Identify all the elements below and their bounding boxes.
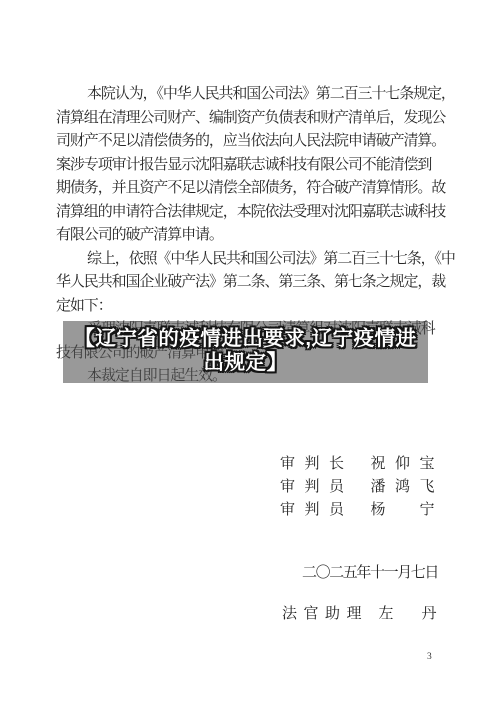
spam-banner-title-line1: 【辽宁省的疫情进出要求,辽宁疫情进: [55, 327, 436, 351]
judge-name: 潘鸿飞: [371, 475, 445, 496]
document-line: 清算组的申请符合法律规定，本院依法受理对沈阳嘉联志诚科技: [56, 201, 448, 225]
judge-role: 审判员: [280, 498, 354, 519]
document-line: 综上，依照《中华人民共和国公司法》第二百三十七条，《中: [56, 248, 448, 272]
document-line: 定如下：: [56, 295, 448, 319]
document-line: 华人民共和国企业破产法》第二条、第三条、第七条之规定，裁: [56, 271, 448, 295]
clerk-spacer: [368, 602, 379, 623]
document-line: 司财产不足以清偿债务的，应当依法向人民法院申请破产清算。: [56, 130, 448, 154]
document-line: 案涉专项审计报告显示沈阳嘉联志诚科技有限公司不能清偿到: [56, 154, 448, 178]
document-page: 本院认为，《中华人民共和国公司法》第二百三十七条规定，清算组在清理公司财产、编制…: [0, 0, 500, 706]
signature-row: 审判员 杨 宁: [280, 497, 444, 520]
judge-role: 审判长: [280, 452, 354, 473]
document-line: 本院认为，《中华人民共和国公司法》第二百三十七条规定，: [56, 83, 448, 107]
signature-block: 审判长 祝仰宝 审判员 潘鸿飞 审判员 杨 宁: [280, 451, 444, 520]
judge-name: 祝仰宝: [371, 452, 445, 473]
document-line: 清算组在清理公司财产、编制资产负债表和财产清单后，发现公: [56, 107, 448, 131]
clerk-name: 左 丹: [379, 602, 444, 623]
clerk-line: 法官助理 左 丹: [282, 602, 443, 623]
judge-role: 审判员: [280, 475, 354, 496]
page-number: 3: [427, 652, 432, 662]
ruling-date: 二〇二五年十一月七日: [302, 561, 438, 582]
signature-row: 审判员 潘鸿飞: [280, 474, 444, 497]
judge-name: 杨 宁: [371, 498, 445, 519]
signature-row: 审判长 祝仰宝: [280, 451, 444, 474]
spam-banner-title: 【辽宁省的疫情进出要求,辽宁疫情进 出规定】: [55, 327, 436, 375]
document-line: 有限公司的破产清算申请。: [56, 224, 448, 248]
document-line: 期债务，并且资产不足以清偿全部债务，符合破产清算情形。故: [56, 177, 448, 201]
clerk-role: 法官助理: [282, 602, 368, 623]
spam-banner-title-line2: 出规定】: [55, 351, 436, 375]
